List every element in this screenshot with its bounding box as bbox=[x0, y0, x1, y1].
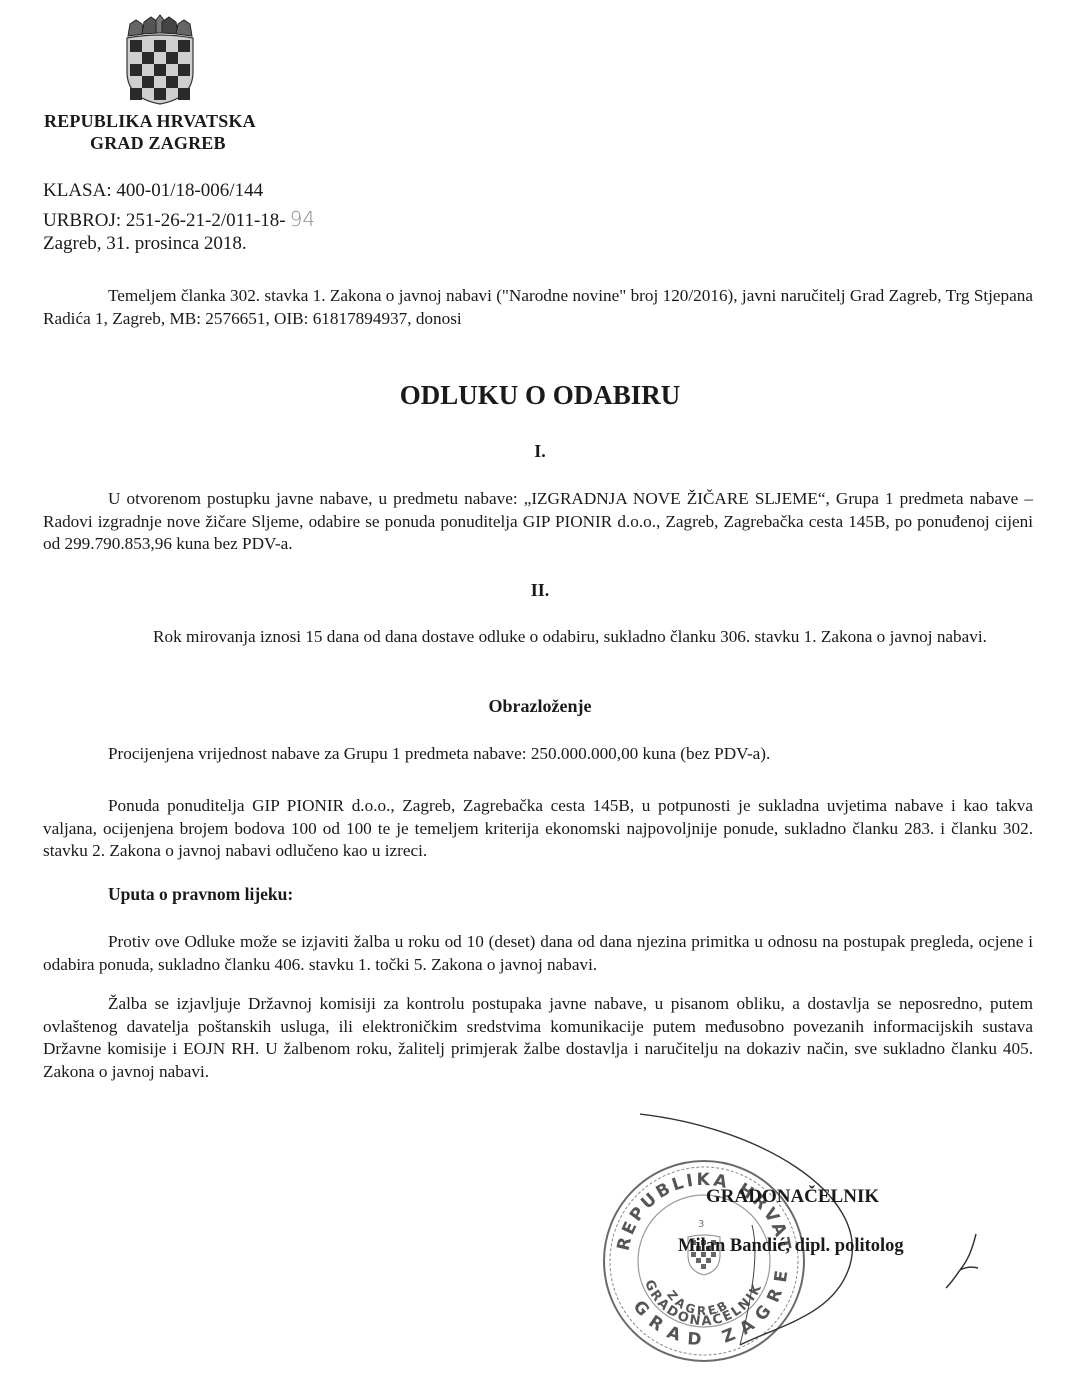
signatory-role: GRADONAČELNIK bbox=[706, 1186, 879, 1208]
reasoning-estimated-value: Procijenjena vrijednost nabave za Grupu … bbox=[108, 743, 1032, 766]
urbroj-value: URBROJ: 251-26-21-2/011-18- bbox=[43, 210, 286, 231]
intro-paragraph: Temeljem članka 302. stavka 1. Zakona o … bbox=[43, 285, 1033, 330]
legal-remedy-appeal-deadline: Protiv ove Odluke može se izjaviti žalba… bbox=[43, 931, 1033, 976]
place-date: Zagreb, 31. prosinca 2018. bbox=[43, 233, 247, 255]
header-republic: REPUBLIKA HRVATSKA bbox=[44, 111, 256, 132]
section-1-text: U otvorenom postupku javne nabave, u pre… bbox=[43, 488, 1033, 556]
reasoning-heading: Obrazloženje bbox=[0, 696, 1080, 717]
urbroj-handwritten-number: 94 bbox=[290, 207, 315, 231]
croatian-coat-of-arms-icon bbox=[122, 14, 198, 106]
legal-remedy-appeal-submission: Žalba se izjavljuje Državnoj komisiji za… bbox=[43, 993, 1033, 1083]
section-number-2: II. bbox=[0, 580, 1080, 601]
section-number-1: I. bbox=[0, 441, 1080, 462]
header-city: GRAD ZAGREB bbox=[90, 133, 226, 154]
urbroj-reference: URBROJ: 251-26-21-2/011-18-94 bbox=[43, 207, 315, 232]
document-title: ODLUKU O ODABIRU bbox=[0, 380, 1080, 411]
legal-remedy-heading: Uputa o pravnom lijeku: bbox=[108, 884, 293, 905]
reasoning-offer-evaluation: Ponuda ponuditelja GIP PIONIR d.o.o., Za… bbox=[43, 795, 1033, 863]
signatory-name: Milan Bandić, dipl. politolog bbox=[678, 1236, 904, 1257]
signature-flourish bbox=[938, 1230, 988, 1290]
klasa-reference: KLASA: 400-01/18-006/144 bbox=[43, 180, 263, 202]
section-2-text: Rok mirovanja iznosi 15 dana od dana dos… bbox=[108, 626, 1032, 649]
